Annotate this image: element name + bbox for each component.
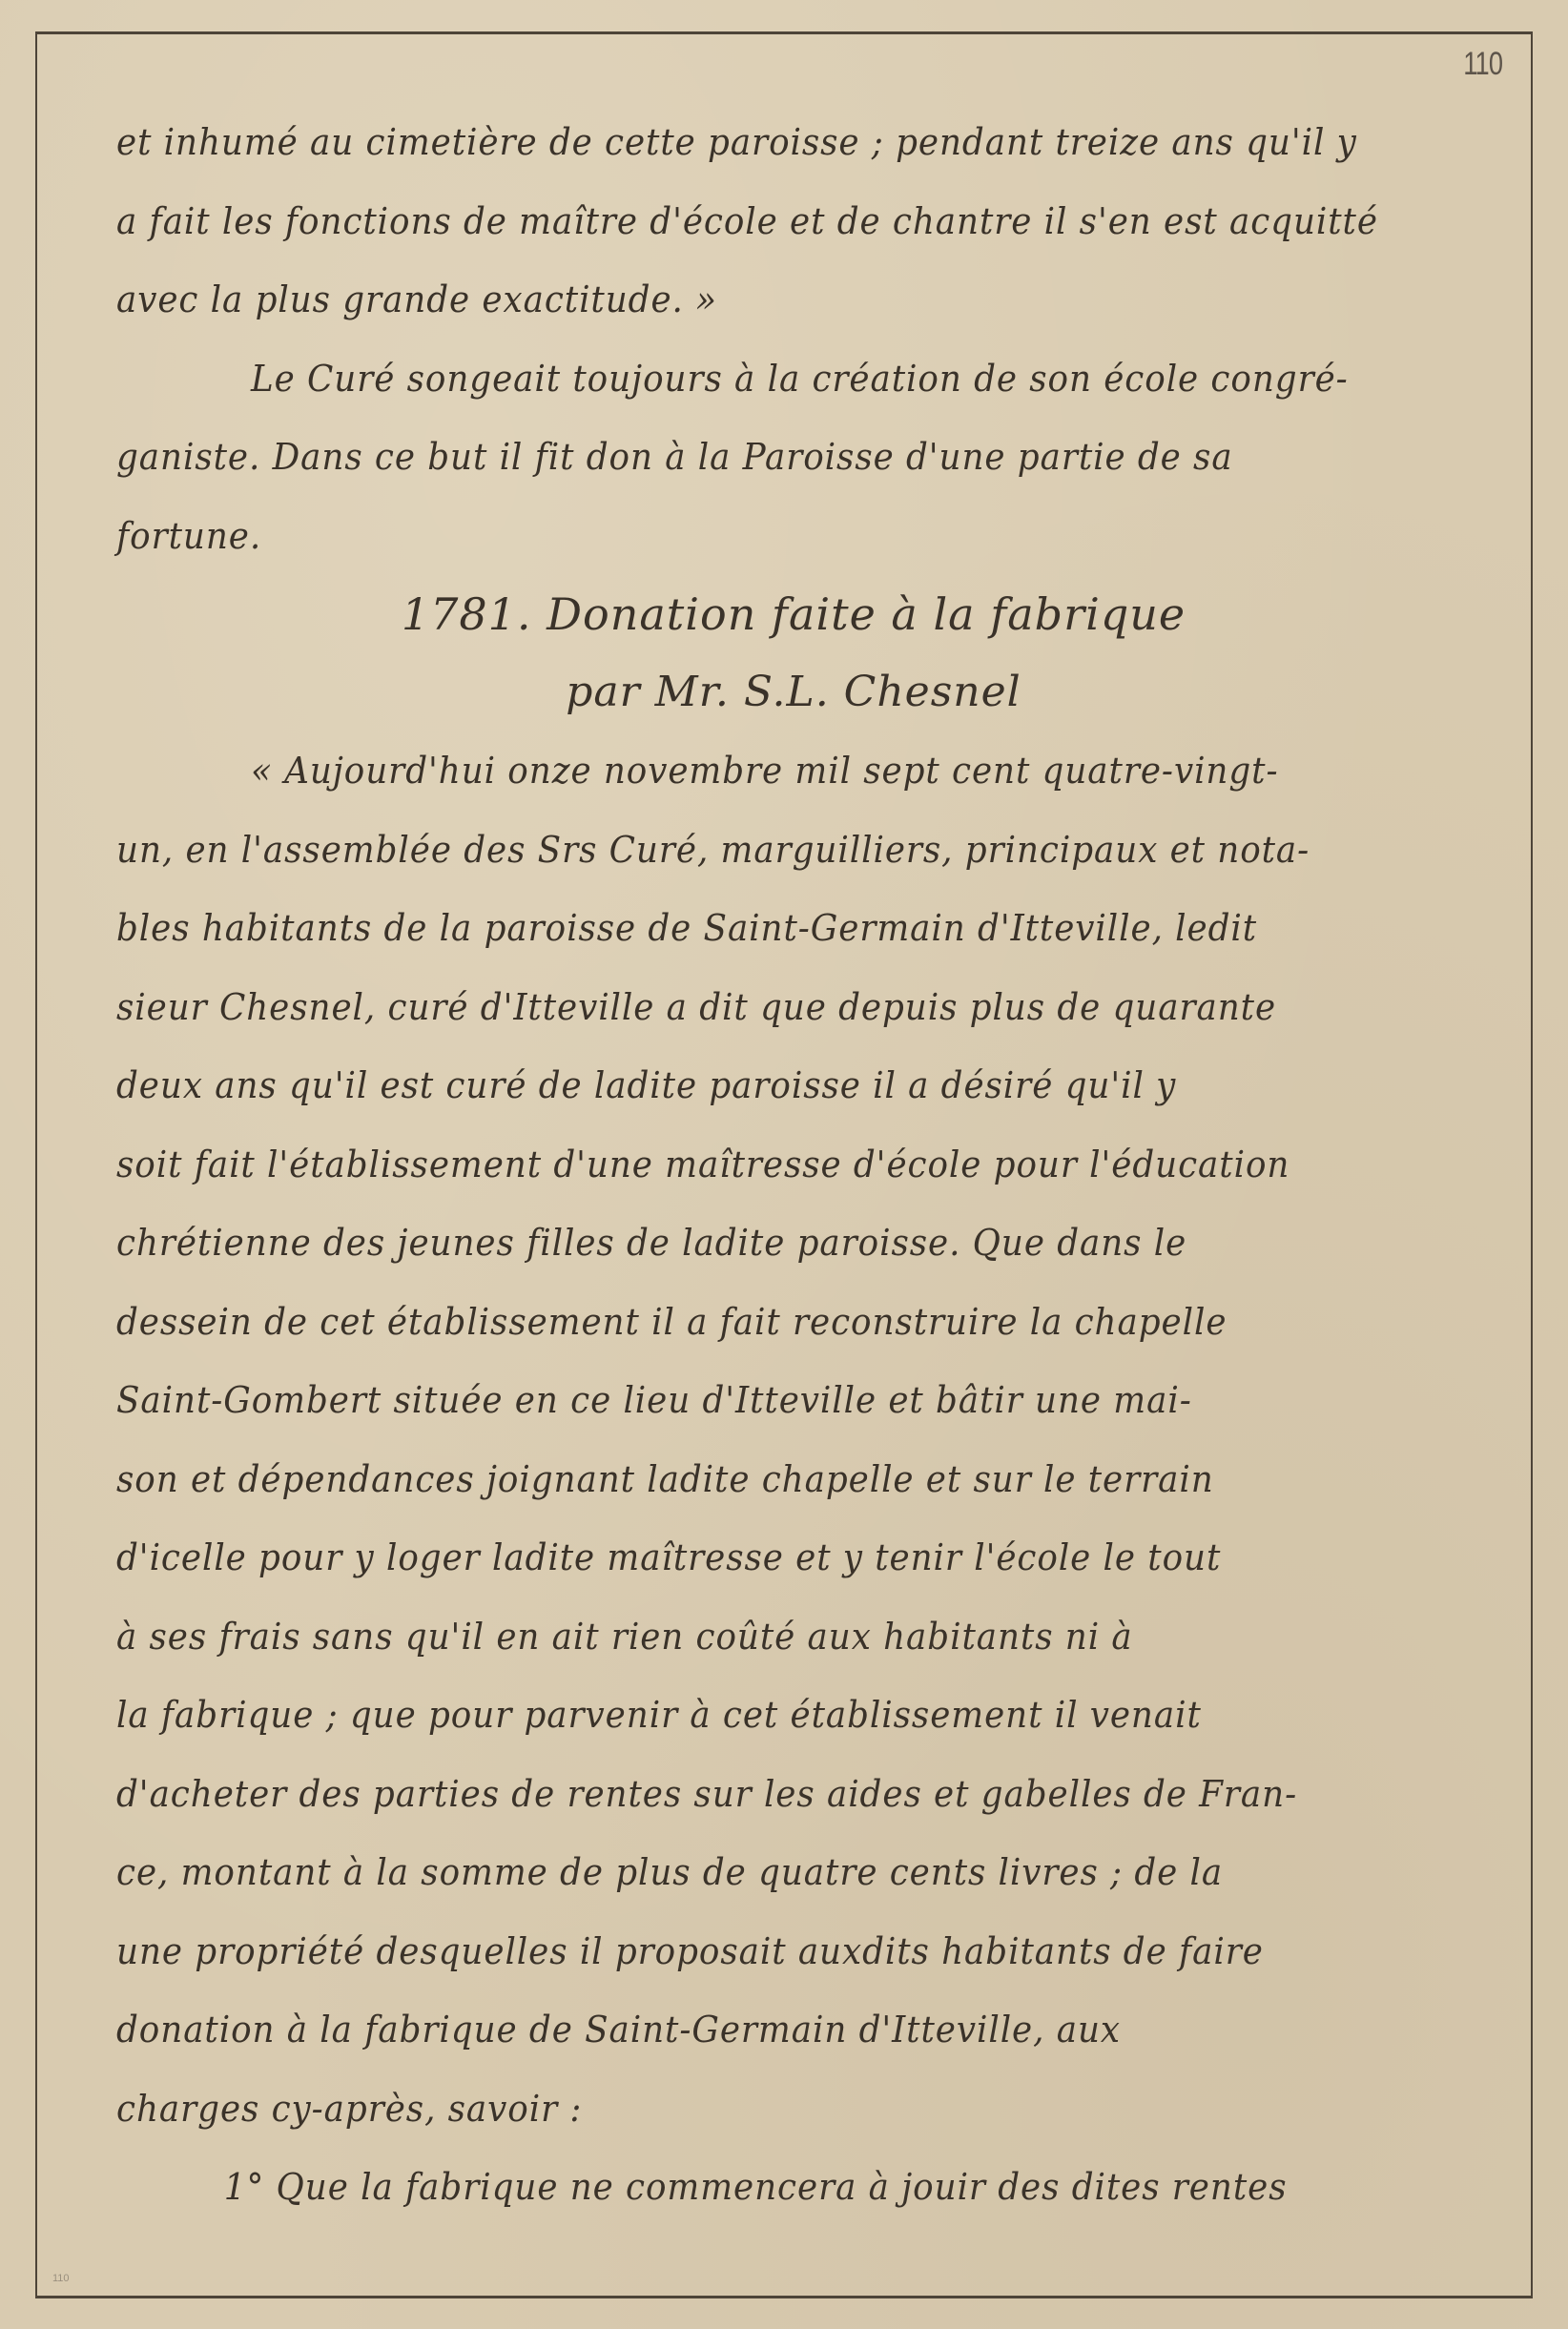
text-line: bles habitants de la paroisse de Saint-G… [116,889,1390,968]
text-line: ganiste. Dans ce but il fit don à la Par… [116,418,1390,497]
section-heading: 1781. Donation faite à la fabrique par M… [116,575,1471,732]
text-line: fortune. [116,497,1390,576]
text-line: d'acheter des parties de rentes sur les … [116,1755,1390,1834]
text-line: donation à la fabrique de Saint-Germain … [116,1990,1390,2070]
paragraph-closing-quote: et inhumé au cimetière de cette paroisse… [116,103,1471,340]
text-line: son et dépendances joignant ladite chape… [116,1440,1390,1519]
paragraph-donation-act: « Aujourd'hui onze novembre mil sept cen… [116,732,1471,2148]
text-line: et inhumé au cimetière de cette paroisse… [116,103,1390,182]
text-line: a fait les fonctions de maître d'école e… [116,182,1390,261]
manuscript-body: et inhumé au cimetière de cette paroisse… [116,103,1471,2227]
text-line: 1° Que la fabrique ne commencera à jouir… [116,2148,1390,2227]
text-line: Saint-Gombert située en ce lieu d'Ittevi… [116,1361,1390,1440]
page-number: 110 [1463,46,1502,83]
paragraph-cure-school: Le Curé songeait toujours à la création … [116,340,1471,576]
text-line: charges cy-après, savoir : [116,2070,1390,2149]
text-line: avec la plus grande exactitude. » [116,260,1390,340]
text-line: d'icelle pour y loger ladite maîtresse e… [116,1518,1390,1597]
folio-stamp: 110 [52,2273,70,2284]
section-title: 1781. Donation faite à la fabrique [116,575,1471,653]
text-line: la fabrique ; que pour parvenir à cet ét… [116,1676,1390,1755]
text-line: une propriété desquelles il proposait au… [116,1912,1390,1991]
text-line: Le Curé songeait toujours à la création … [116,340,1390,419]
text-line: sieur Chesnel, curé d'Itteville a dit qu… [116,968,1390,1047]
text-line: dessein de cet établissement il a fait r… [116,1283,1390,1362]
text-line: « Aujourd'hui onze novembre mil sept cen… [116,732,1390,811]
section-subtitle: par Mr. S.L. Chesnel [116,653,1471,732]
paragraph-condition-1: 1° Que la fabrique ne commencera à jouir… [116,2148,1471,2227]
text-line: soit fait l'établissement d'une maîtress… [116,1125,1390,1205]
text-line: ce, montant à la somme de plus de quatre… [116,1833,1390,1912]
text-line: deux ans qu'il est curé de ladite parois… [116,1046,1390,1125]
text-line: chrétienne des jeunes filles de ladite p… [116,1204,1390,1283]
text-line: à ses frais sans qu'il en ait rien coûté… [116,1597,1390,1677]
text-line: un, en l'assemblée des Srs Curé, marguil… [116,811,1390,890]
